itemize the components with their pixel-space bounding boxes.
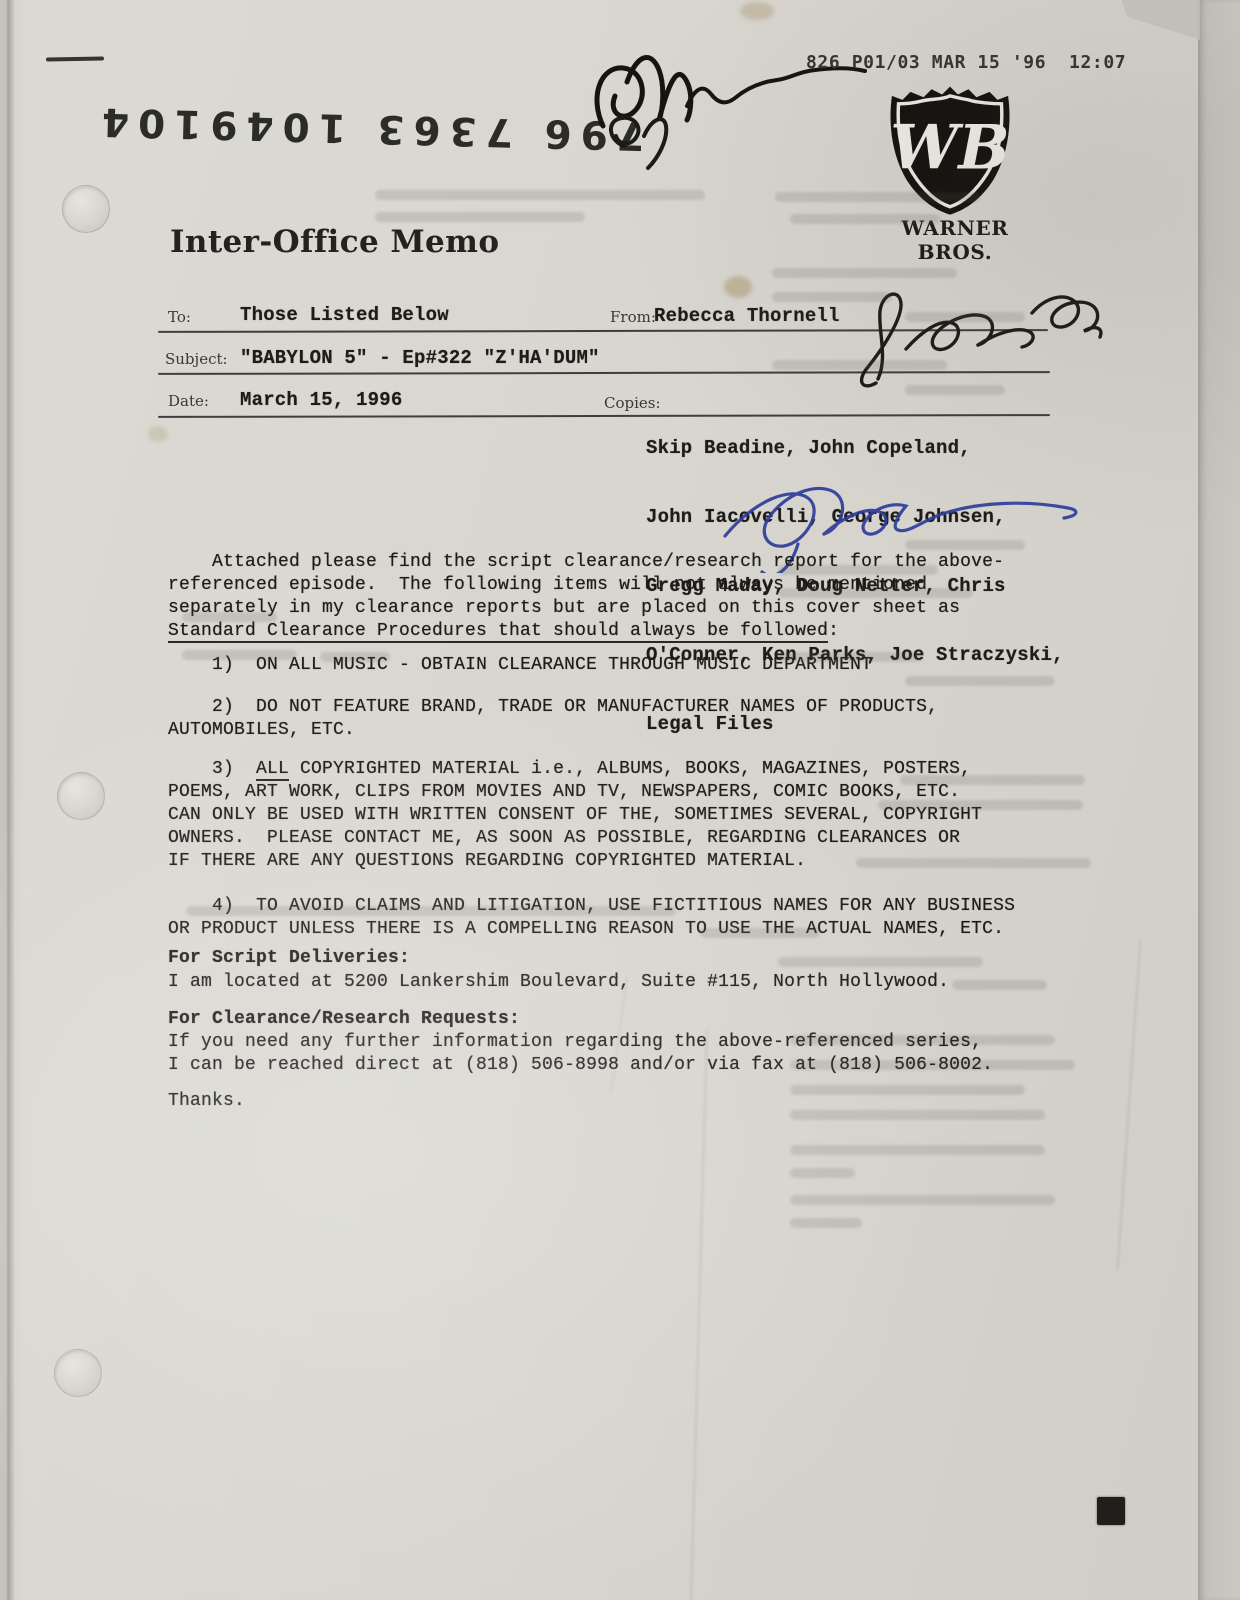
closing-text: Thanks.	[168, 1090, 245, 1113]
memo-title: Inter-Office Memo	[170, 224, 499, 260]
ghost-text-bar	[790, 1218, 862, 1228]
paper-stain	[148, 426, 168, 442]
paper-left-edge	[0, 0, 26, 1600]
to-label: To:	[168, 308, 191, 326]
hole-punch-top	[62, 185, 110, 233]
fax-header: 826 P01/03 MAR 15 '96 12:07	[806, 52, 1126, 73]
ghost-text-bar	[790, 1145, 1045, 1155]
warner-bros-wordmark: WARNER BROS.	[870, 216, 1040, 264]
paper-stain	[740, 2, 774, 20]
item-number: 4)	[212, 896, 256, 916]
paper-crease	[690, 1030, 708, 1600]
intro-text: Attached please find the script clearanc…	[168, 552, 1004, 618]
scan-artifact-square	[1097, 1497, 1125, 1525]
paper-crease	[1116, 940, 1141, 1269]
item-text: ON ALL MUSIC - OBTAIN CLEARANCE THROUGH …	[256, 655, 872, 675]
handwritten-number-upside-down: 796 7363 1049104	[51, 72, 645, 183]
from-signature-black-ink	[848, 283, 1113, 398]
clearance-requests-text: If you need any further information rega…	[168, 1031, 1048, 1077]
item-number: 2)	[212, 697, 256, 717]
item-number: 3)	[212, 759, 256, 779]
hole-punch-middle	[57, 772, 105, 820]
ghost-text-bar	[790, 1195, 1055, 1205]
to-value: Those Listed Below	[240, 304, 449, 326]
ghost-text-bar	[790, 1110, 1045, 1120]
subject-label: Subject:	[165, 350, 228, 368]
from-value: Rebecca Thornell	[654, 305, 840, 327]
item-underlined-word: ALL	[256, 759, 289, 781]
item-text: DO NOT FEATURE BRAND, TRADE OR MANUFACTU…	[168, 697, 938, 740]
wb-shield-logo: WB	[884, 84, 1016, 216]
paper-right-background	[1198, 0, 1240, 1600]
paper-stain	[724, 276, 752, 298]
item-text: COPYRIGHTED MATERIAL i.e., ALBUMS, BOOKS…	[168, 759, 982, 871]
clearance-requests-heading: For Clearance/Research Requests:	[168, 1008, 520, 1031]
script-deliveries-heading: For Script Deliveries:	[168, 947, 410, 970]
pen-dash-mark	[46, 56, 104, 61]
ghost-text-bar	[375, 190, 705, 200]
ghost-text-bar	[375, 212, 585, 222]
date-label: Date:	[168, 392, 209, 410]
paper-top-right-corner	[1122, 0, 1200, 40]
ghost-text-bar	[790, 1085, 1025, 1095]
hole-punch-bottom	[54, 1349, 102, 1397]
item-text: TO AVOID CLAIMS AND LITIGATION, USE FICT…	[168, 896, 1015, 939]
item-number: 1)	[212, 655, 256, 675]
date-value: March 15, 1996	[240, 389, 402, 411]
scanned-memo-page: 796 7363 1049104 826 P01/03 MAR 15 '96 1…	[0, 0, 1240, 1600]
svg-text:WB: WB	[890, 112, 1010, 183]
subject-value: "BABYLON 5" - Ep#322 "Z'HA'DUM"	[240, 347, 600, 369]
pen-curl-mark	[596, 110, 680, 184]
script-deliveries-text: I am located at 5200 Lankershim Boulevar…	[168, 971, 1048, 994]
from-label: From:	[610, 308, 656, 326]
ghost-text-bar	[772, 268, 957, 278]
ghost-text-bar	[790, 1168, 855, 1178]
copies-line: Skip Beadine, John Copeland,	[646, 437, 1064, 460]
